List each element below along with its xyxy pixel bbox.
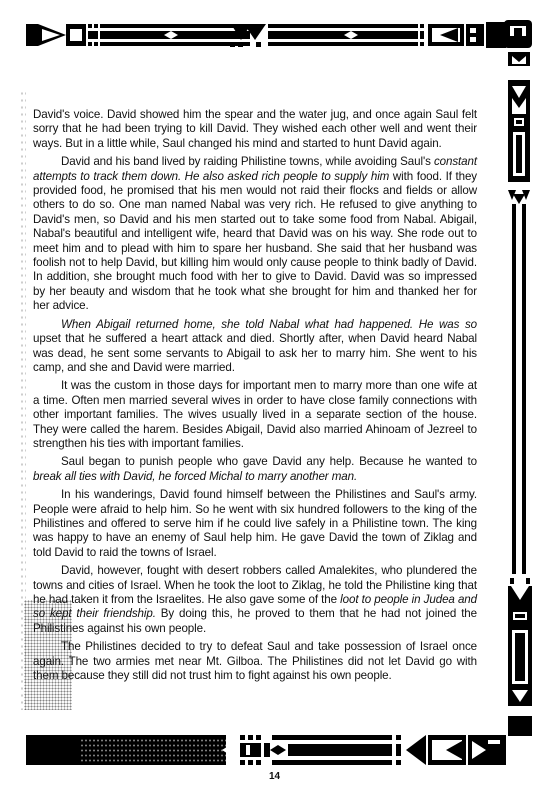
text: Saul began to punish people who gave Dav…: [61, 455, 477, 468]
paragraph: David and his band lived by raiding Phil…: [33, 155, 477, 313]
paragraph: It was the custom in those days for impo…: [33, 379, 477, 451]
italic-text: break all ties with David, he forced Mic…: [33, 470, 357, 483]
text: David's voice. David showed him the spea…: [33, 108, 477, 150]
paragraph: Saul began to punish people who gave Dav…: [33, 455, 477, 484]
scan-smudge: [24, 600, 72, 710]
text: In his wanderings, David found himself b…: [33, 488, 477, 559]
paragraph: In his wanderings, David found himself b…: [33, 488, 477, 560]
paragraph: David, however, fought with desert robbe…: [33, 564, 477, 636]
text: The Philistines decided to try to defeat…: [33, 640, 477, 682]
page-number: 14: [0, 771, 549, 782]
italic-text: When Abigail returned home, she told Nab…: [61, 318, 477, 331]
paragraph: The Philistines decided to try to defeat…: [33, 640, 477, 683]
document-page: David's voice. David showed him the spea…: [0, 0, 549, 786]
top-ornamental-border: [26, 22, 506, 48]
body-text: David's voice. David showed him the spea…: [33, 108, 477, 687]
paragraph: David's voice. David showed him the spea…: [33, 108, 477, 151]
scan-noise-bottom: [80, 738, 240, 762]
right-ornamental-border: [500, 18, 540, 778]
text: It was the custom in those days for impo…: [33, 379, 477, 450]
paragraph: When Abigail returned home, she told Nab…: [33, 318, 477, 376]
text: with food. If they provided food, he pro…: [33, 170, 477, 313]
text: David and his band lived by raiding Phil…: [61, 155, 434, 168]
text: upset that he suffered a heart attack an…: [33, 332, 477, 374]
